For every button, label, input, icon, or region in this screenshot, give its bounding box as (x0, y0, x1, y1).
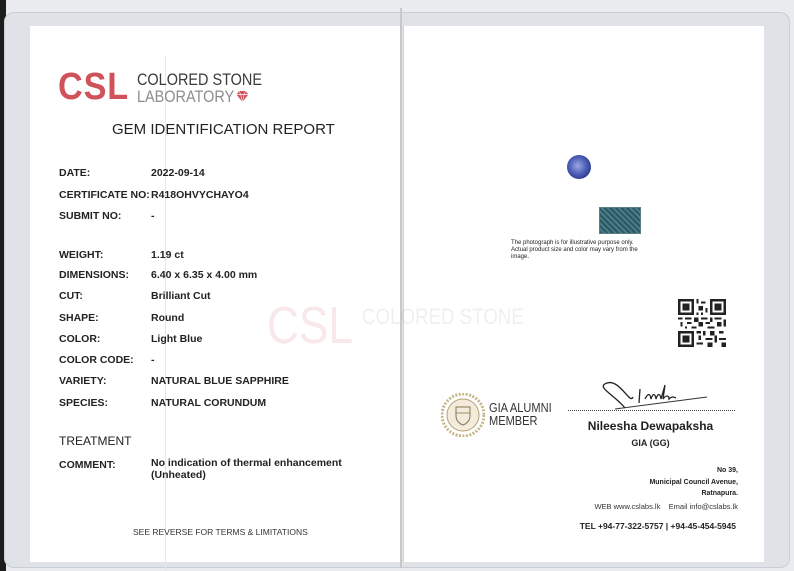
address-line-3: Ratnapura. (701, 490, 738, 497)
watermark: CSL COLORED STONE (267, 300, 552, 352)
field-value: Light Blue (151, 333, 202, 345)
field-label: DIMENSIONS: (59, 269, 129, 281)
field-value: - (151, 210, 155, 222)
field-value: Round (151, 312, 184, 324)
field-label: DATE: (59, 167, 90, 179)
field-label: SPECIES: (59, 397, 108, 409)
field-value: NATURAL CORUNDUM (151, 397, 266, 409)
address-line-2: Municipal Council Avenue, (649, 479, 738, 486)
logo-mark: CSL (58, 68, 129, 106)
field-value: R418OHVYCHAYO4 (151, 189, 249, 201)
field-label: SHAPE: (59, 312, 99, 324)
contact-line: WEB www.cslabs.lk Email info@cslabs.lk (594, 502, 738, 511)
logo-line-1: COLORED STONE (137, 71, 262, 88)
treatment-heading: TREATMENT (59, 434, 131, 448)
signature-line (568, 410, 735, 411)
signature (585, 375, 715, 413)
hologram-sticker (599, 207, 641, 234)
field-label: VARIETY: (59, 375, 106, 387)
field-value: 2022-09-14 (151, 167, 205, 179)
lab-logo: CSL COLORED STONE LABORATORY (58, 68, 284, 106)
field-value: 6.40 x 6.35 x 4.00 mm (151, 269, 257, 281)
field-value: NATURAL BLUE SAPPHIRE (151, 375, 289, 387)
field-label: WEIGHT: (59, 249, 103, 261)
field-label: SUBMIT NO: (59, 210, 121, 222)
signer-name: Nileesha Dewapaksha (567, 419, 734, 433)
email-link[interactable]: info@cslabs.lk (690, 502, 738, 511)
field-label: COLOR: (59, 333, 100, 345)
gem-photo (567, 155, 591, 179)
field-value: Brilliant Cut (151, 290, 211, 302)
comment-label: COMMENT: (59, 459, 116, 471)
center-fold (400, 8, 402, 568)
website-link[interactable]: www.cslabs.lk (614, 502, 661, 511)
telephone: TEL +94-77-322-5757 | +94-45-454-5945 (580, 521, 736, 531)
signer-credential: GIA (GG) (567, 438, 734, 448)
qr-code-icon[interactable] (678, 299, 726, 347)
report-title: GEM IDENTIFICATION REPORT (112, 121, 335, 138)
field-label: CUT: (59, 290, 83, 302)
field-value: - (151, 354, 155, 366)
address-line-1: No 39, (717, 467, 738, 474)
field-label: CERTIFICATE NO: (59, 189, 150, 201)
gia-seal-icon (441, 393, 485, 437)
terms-note: SEE REVERSE FOR TERMS & LIMITATIONS (133, 527, 308, 537)
comment-value: No indication of thermal enhancement (Un… (151, 457, 371, 481)
diamond-icon (237, 91, 249, 102)
field-label: COLOR CODE: (59, 354, 134, 366)
field-value: 1.19 ct (151, 249, 184, 261)
gia-alumni-badge: GIA ALUMNI MEMBER (489, 401, 552, 427)
logo-line-2: LABORATORY (137, 88, 234, 105)
photo-disclaimer: The photograph is for illustrative purpo… (511, 240, 646, 261)
